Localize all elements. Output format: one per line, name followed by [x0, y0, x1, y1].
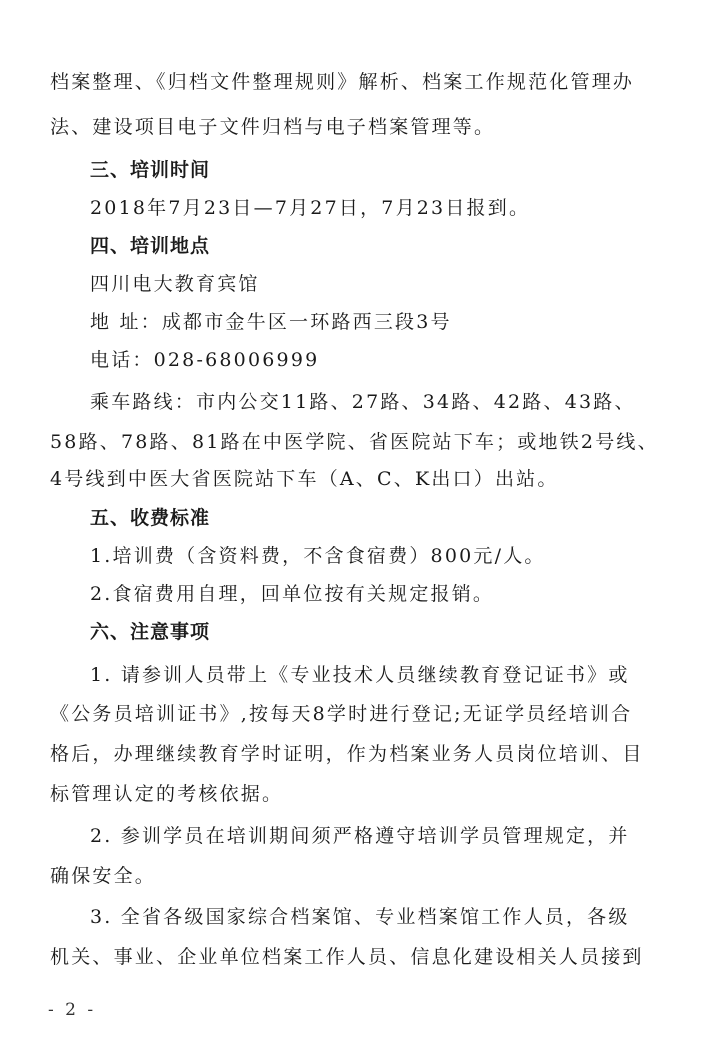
transport-route: 58路、78路、81路在中医学院、省医院站下车；或地铁2号线、: [50, 430, 650, 454]
transport-route: 乘车路线：市内公交11路、27路、34路、42路、43路、: [90, 390, 690, 414]
note-item: 1. 请参训人员带上《专业技术人员继续教育登记证书》或: [90, 663, 690, 687]
section-heading-location: 四、培训地点: [90, 234, 690, 258]
note-item: 2. 参训学员在培训期间须严格遵守培训学员管理规定，并: [90, 824, 690, 848]
section-heading-time: 三、培训时间: [90, 158, 690, 182]
section-heading-notes: 六、注意事项: [90, 620, 690, 644]
venue-phone: 电话：028-68006999: [90, 348, 690, 372]
note-item: 标管理认定的考核依据。: [50, 782, 650, 806]
body-line: 法、建设项目电子文件归档与电子档案管理等。: [50, 115, 650, 139]
fee-item: 1.培训费（含资料费，不含食宿费）800元/人。: [90, 544, 690, 568]
section-heading-fees: 五、收费标准: [90, 506, 690, 530]
body-line: 2018年7月23日—7月27日，7月23日报到。: [90, 196, 690, 220]
page-number: - 2 -: [48, 1000, 96, 1020]
note-item: 《公务员培训证书》,按每天8学时进行登记;无证学员经培训合: [50, 702, 650, 726]
fee-item: 2.食宿费用自理，回单位按有关规定报销。: [90, 582, 690, 606]
note-item: 确保安全。: [50, 864, 650, 888]
transport-route: 4号线到中医大省医院站下车（A、C、K出口）出站。: [50, 467, 650, 491]
body-line: 档案整理、《归档文件整理规则》解析、档案工作规范化管理办: [50, 70, 650, 94]
note-item: 3. 全省各级国家综合档案馆、专业档案馆工作人员，各级: [90, 905, 690, 929]
venue-address: 地 址：成都市金牛区一环路西三段3号: [90, 310, 690, 334]
document-page: 档案整理、《归档文件整理规则》解析、档案工作规范化管理办 法、建设项目电子文件归…: [0, 0, 705, 1058]
venue-name: 四川电大教育宾馆: [90, 272, 690, 296]
note-item: 机关、事业、企业单位档案工作人员、信息化建设相关人员接到: [50, 945, 650, 969]
note-item: 格后，办理继续教育学时证明，作为档案业务人员岗位培训、目: [50, 742, 650, 766]
